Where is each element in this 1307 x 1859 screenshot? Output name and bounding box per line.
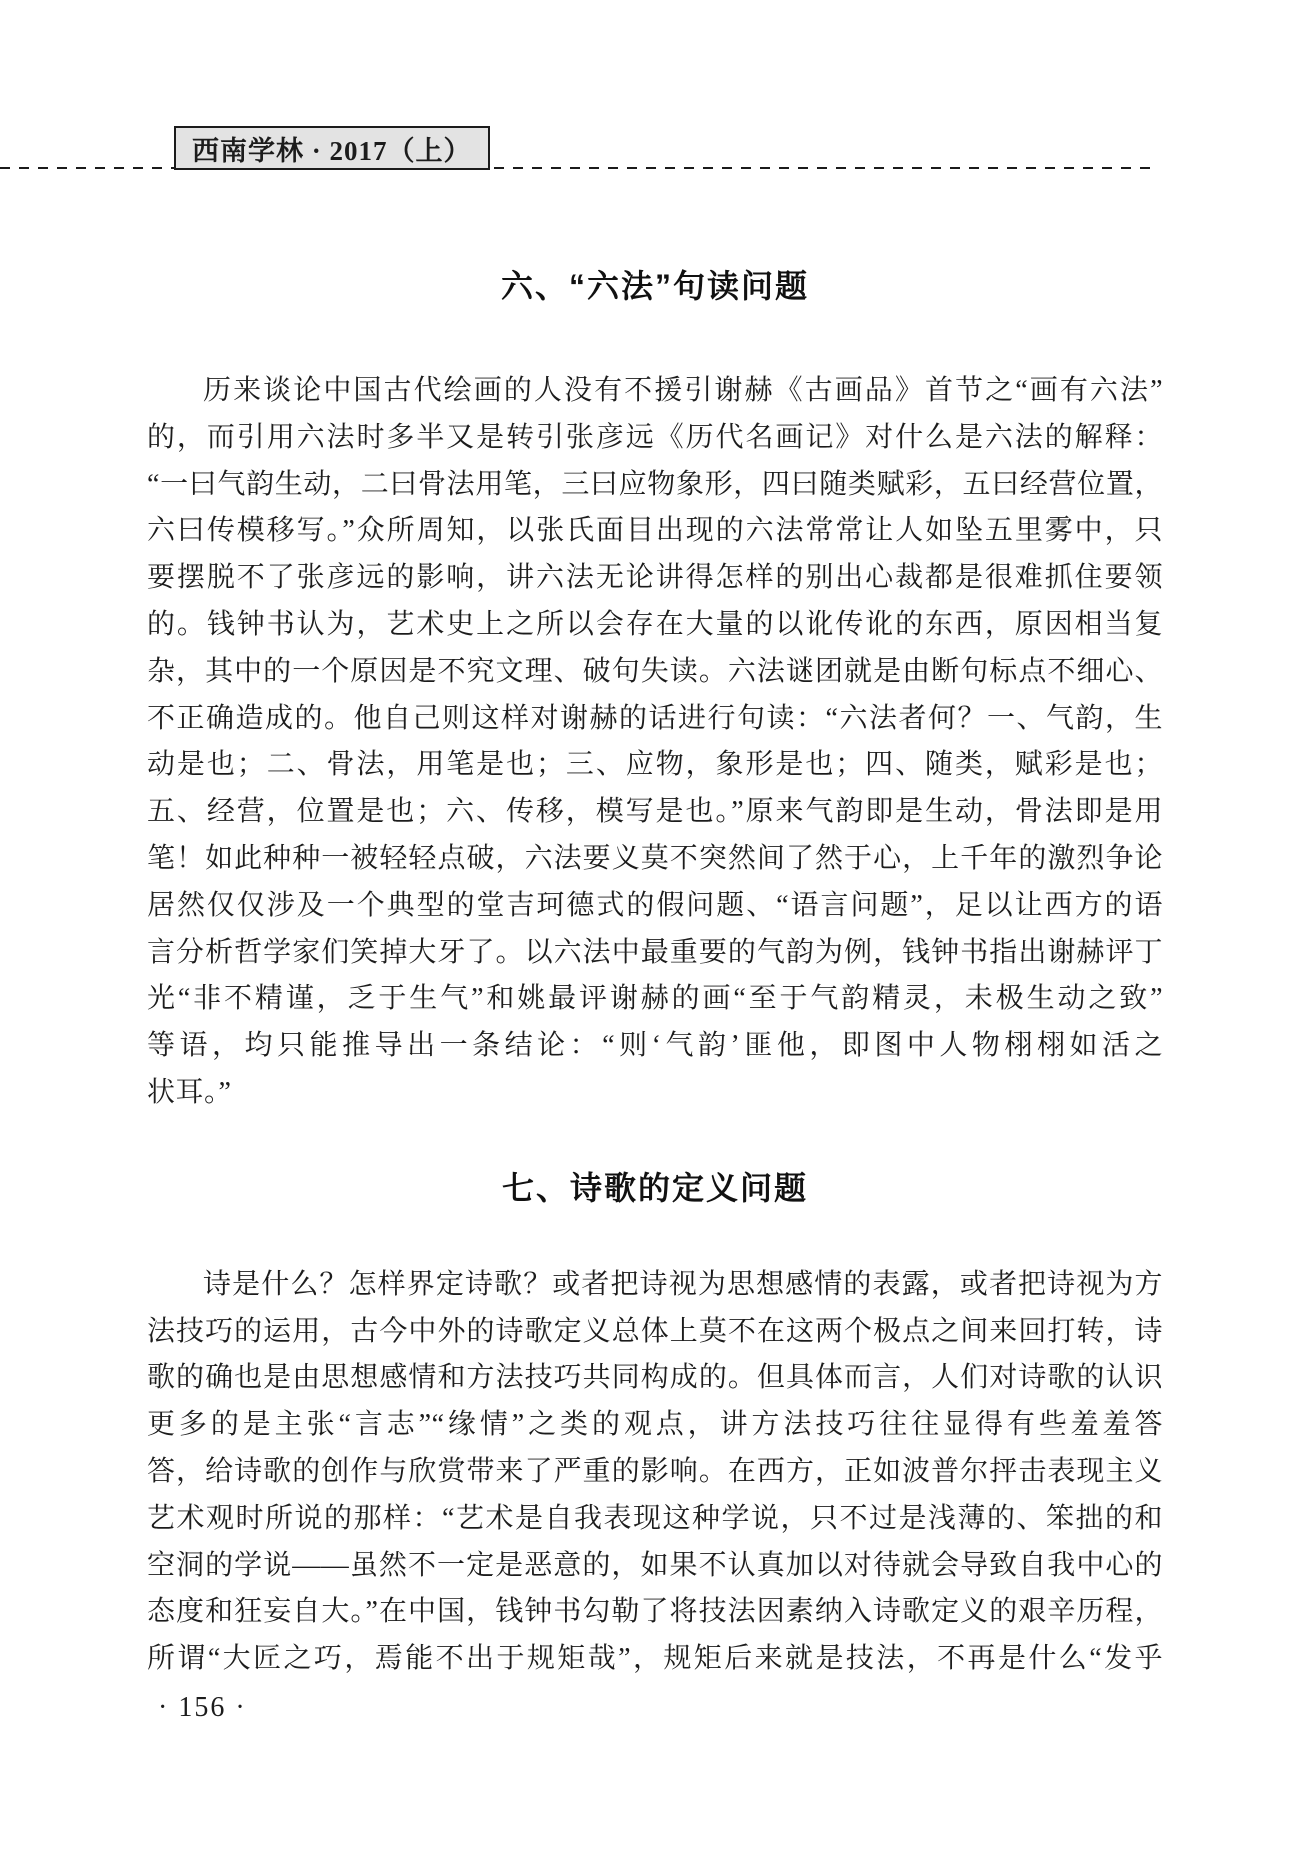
text-line: 法技巧的运用，古今中外的诗歌定义总体上莫不在这两个极点之间来回打转，诗 [147, 1309, 1163, 1356]
text-line: 动是也；二、骨法，用笔是也；三、应物，象形是也；四、随类，赋彩是也； [147, 742, 1163, 789]
text-line: 答，给诗歌的创作与欣赏带来了严重的影响。在西方，正如波普尔抨击表现主义 [147, 1449, 1163, 1496]
content-column: 六、“六法”句读问题历来谈论中国古代绘画的人没有不援引谢赫《古画品》首节之“画有… [147, 0, 1163, 1683]
text-line: “一曰气韵生动，二曰骨法用笔，三曰应物象形，四曰随类赋彩，五曰经营位置， [147, 462, 1163, 509]
text-line: 历来谈论中国古代绘画的人没有不援引谢赫《古画品》首节之“画有六法” [147, 368, 1163, 415]
text-line: 要摆脱不了张彦远的影响，讲六法无论讲得怎样的别出心裁都是很难抓住要领 [147, 555, 1163, 602]
section-heading: 六、“六法”句读问题 [147, 266, 1163, 306]
text-line: 笔！如此种种一被轻轻点破，六法要义莫不突然间了然于心，上千年的激烈争论 [147, 836, 1163, 883]
text-line: 的。钱钟书认为，艺术史上之所以会存在大量的以讹传讹的东西，原因相当复 [147, 602, 1163, 649]
text-line: 歌的确也是由思想感情和方法技巧共同构成的。但具体而言，人们对诗歌的认识 [147, 1355, 1163, 1402]
paragraph: 诗是什么？怎样界定诗歌？或者把诗视为思想感情的表露，或者把诗视为方法技巧的运用，… [147, 1262, 1163, 1683]
text-line: 等语，均只能推导出一条结论：“则‘气韵’匪他，即图中人物栩栩如活之 [147, 1023, 1163, 1070]
journal-title: 西南学林 · 2017（上） [192, 129, 472, 168]
paragraph: 历来谈论中国古代绘画的人没有不援引谢赫《古画品》首节之“画有六法”的，而引用六法… [147, 368, 1163, 1117]
text-line: 空洞的学说——虽然不一定是恶意的，如果不认真加以对待就会导致自我中心的 [147, 1543, 1163, 1590]
text-line: 诗是什么？怎样界定诗歌？或者把诗视为思想感情的表露，或者把诗视为方 [147, 1262, 1163, 1309]
journal-header-badge: 西南学林 · 2017（上） [174, 126, 490, 170]
text-line: 更多的是主张“言志”“缘情”之类的观点，讲方法技巧往往显得有些羞羞答 [147, 1402, 1163, 1449]
page-number: · 156 · [158, 1692, 247, 1724]
text-line: 光“非不精谨，乏于生气”和姚最评谢赫的画“至于气韵精灵，未极生动之致” [147, 976, 1163, 1023]
text-line: 状耳。” [147, 1070, 1163, 1117]
section-heading: 七、诗歌的定义问题 [147, 1168, 1163, 1208]
text-line: 言分析哲学家们笑掉大牙了。以六法中最重要的气韵为例，钱钟书指出谢赫评丁 [147, 930, 1163, 977]
text-line: 所谓“大匠之巧，焉能不出于规矩哉”，规矩后来就是技法，不再是什么“发乎 [147, 1636, 1163, 1683]
text-line: 杂，其中的一个原因是不究文理、破句失读。六法谜团就是由断句标点不细心、 [147, 649, 1163, 696]
text-line: 五、经营，位置是也；六、传移，模写是也。”原来气韵即是生动，骨法即是用 [147, 789, 1163, 836]
text-line: 居然仅仅涉及一个典型的堂吉珂德式的假问题、“语言问题”，足以让西方的语 [147, 883, 1163, 930]
text-line: 的，而引用六法时多半又是转引张彦远《历代名画记》对什么是六法的解释： [147, 415, 1163, 462]
text-line: 不正确造成的。他自己则这样对谢赫的话进行句读：“六法者何？一、气韵，生 [147, 696, 1163, 743]
text-line: 艺术观时所说的那样：“艺术是自我表现这种学说，只不过是浅薄的、笨拙的和 [147, 1496, 1163, 1543]
text-line: 态度和狂妄自大。”在中国，钱钟书勾勒了将技法因素纳入诗歌定义的艰辛历程， [147, 1589, 1163, 1636]
text-line: 六曰传模移写。”众所周知，以张氏面目出现的六法常常让人如坠五里雾中，只 [147, 508, 1163, 555]
